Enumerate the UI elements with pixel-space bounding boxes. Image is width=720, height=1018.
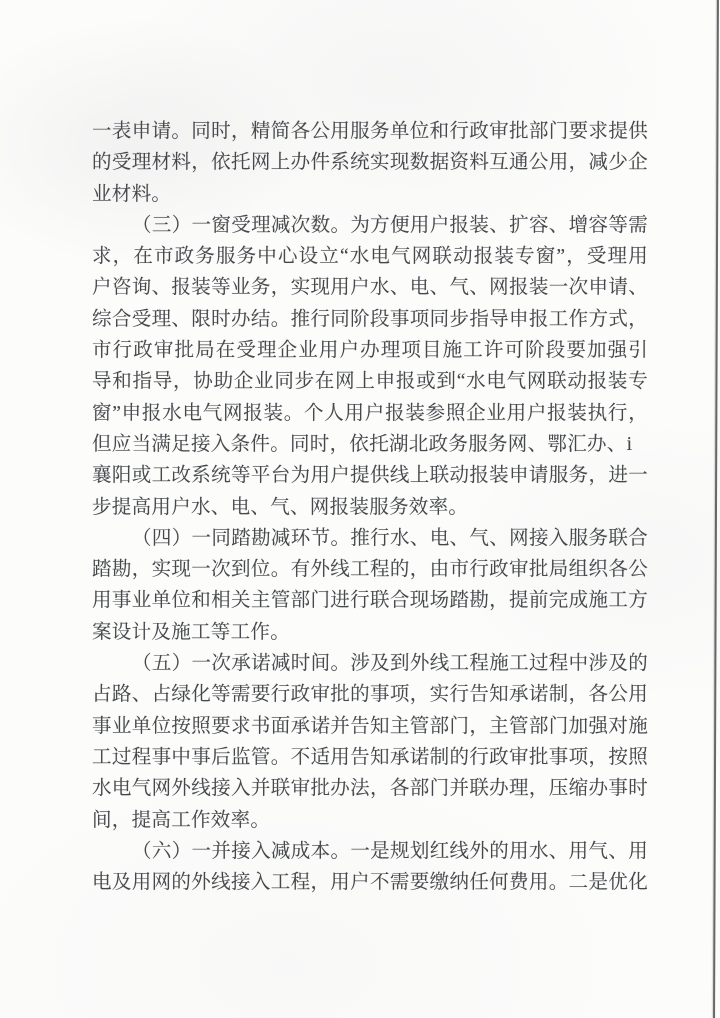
page-edge-scan-line [713,0,719,1018]
text-line: 一表申请。同时，精简各公用服务单位和行政审批部门要求提供 [92,116,648,147]
text-line: 窗”申报水电气网报装。个人用户报装参照企业用户报装执行， [92,398,648,429]
text-line: 但应当满足接入条件。同时，依托湖北政务服务网、鄂汇办、i [92,429,648,460]
text-line: 襄阳或工改系统等平台为用户提供线上联动报装申请服务，进一 [92,460,648,491]
text-line: （五）一次承诺减时间。涉及到外线工程施工过程中涉及的 [92,648,648,679]
text-line: 求，在市政务服务中心设立“水电气网联动报装专窗”，受理用 [92,241,648,272]
document-text: 一表申请。同时，精简各公用服务单位和行政审批部门要求提供 的受理材料，依托网上办… [92,116,648,898]
text-line: 步提高用户水、电、气、网报装服务效率。 [92,492,648,523]
text-line: 事业单位按照要求书面承诺并告知主管部门，主管部门加强对施 [92,711,648,742]
text-line: （六）一并接入减成本。一是规划红线外的用水、用气、用 [92,836,648,867]
text-line: 电及用网的外线接入工程，用户不需要缴纳任何费用。二是优化 [92,867,648,898]
text-line: 案设计及施工等工作。 [92,617,648,648]
text-line: 市行政审批局在受理企业用户办理项目施工许可阶段要加强引 [92,335,648,366]
text-line: 业材料。 [92,179,648,210]
text-line: （四）一同踏勘减环节。推行水、电、气、网接入服务联合 [92,523,648,554]
text-line: 水电气网外线接入并联审批办法，各部门并联办理，压缩办事时 [92,773,648,804]
text-line: 的受理材料，依托网上办件系统实现数据资料互通公用，减少企 [92,147,648,178]
text-line: （三）一窗受理减次数。为方便用户报装、扩容、增容等需 [92,210,648,241]
text-line: 用事业单位和相关主管部门进行联合现场踏勘，提前完成施工方 [92,585,648,616]
text-line: 导和指导，协助企业同步在网上申报或到“水电气网联动报装专 [92,366,648,397]
text-line: 占路、占绿化等需要行政审批的事项，实行告知承诺制，各公用 [92,679,648,710]
text-line: 间，提高工作效率。 [92,805,648,836]
scanned-page: 一表申请。同时，精简各公用服务单位和行政审批部门要求提供 的受理材料，依托网上办… [0,0,720,1018]
text-line: 户咨询、报装等业务，实现用户水、电、气、网报装一次申请、 [92,272,648,303]
text-line: 踏勘，实现一次到位。有外线工程的，由市行政审批局组织各公 [92,554,648,585]
text-line: 工过程事中事后监管。不适用告知承诺制的行政审批事项，按照 [92,742,648,773]
text-line: 综合受理、限时办结。推行同阶段事项同步指导申报工作方式， [92,304,648,335]
